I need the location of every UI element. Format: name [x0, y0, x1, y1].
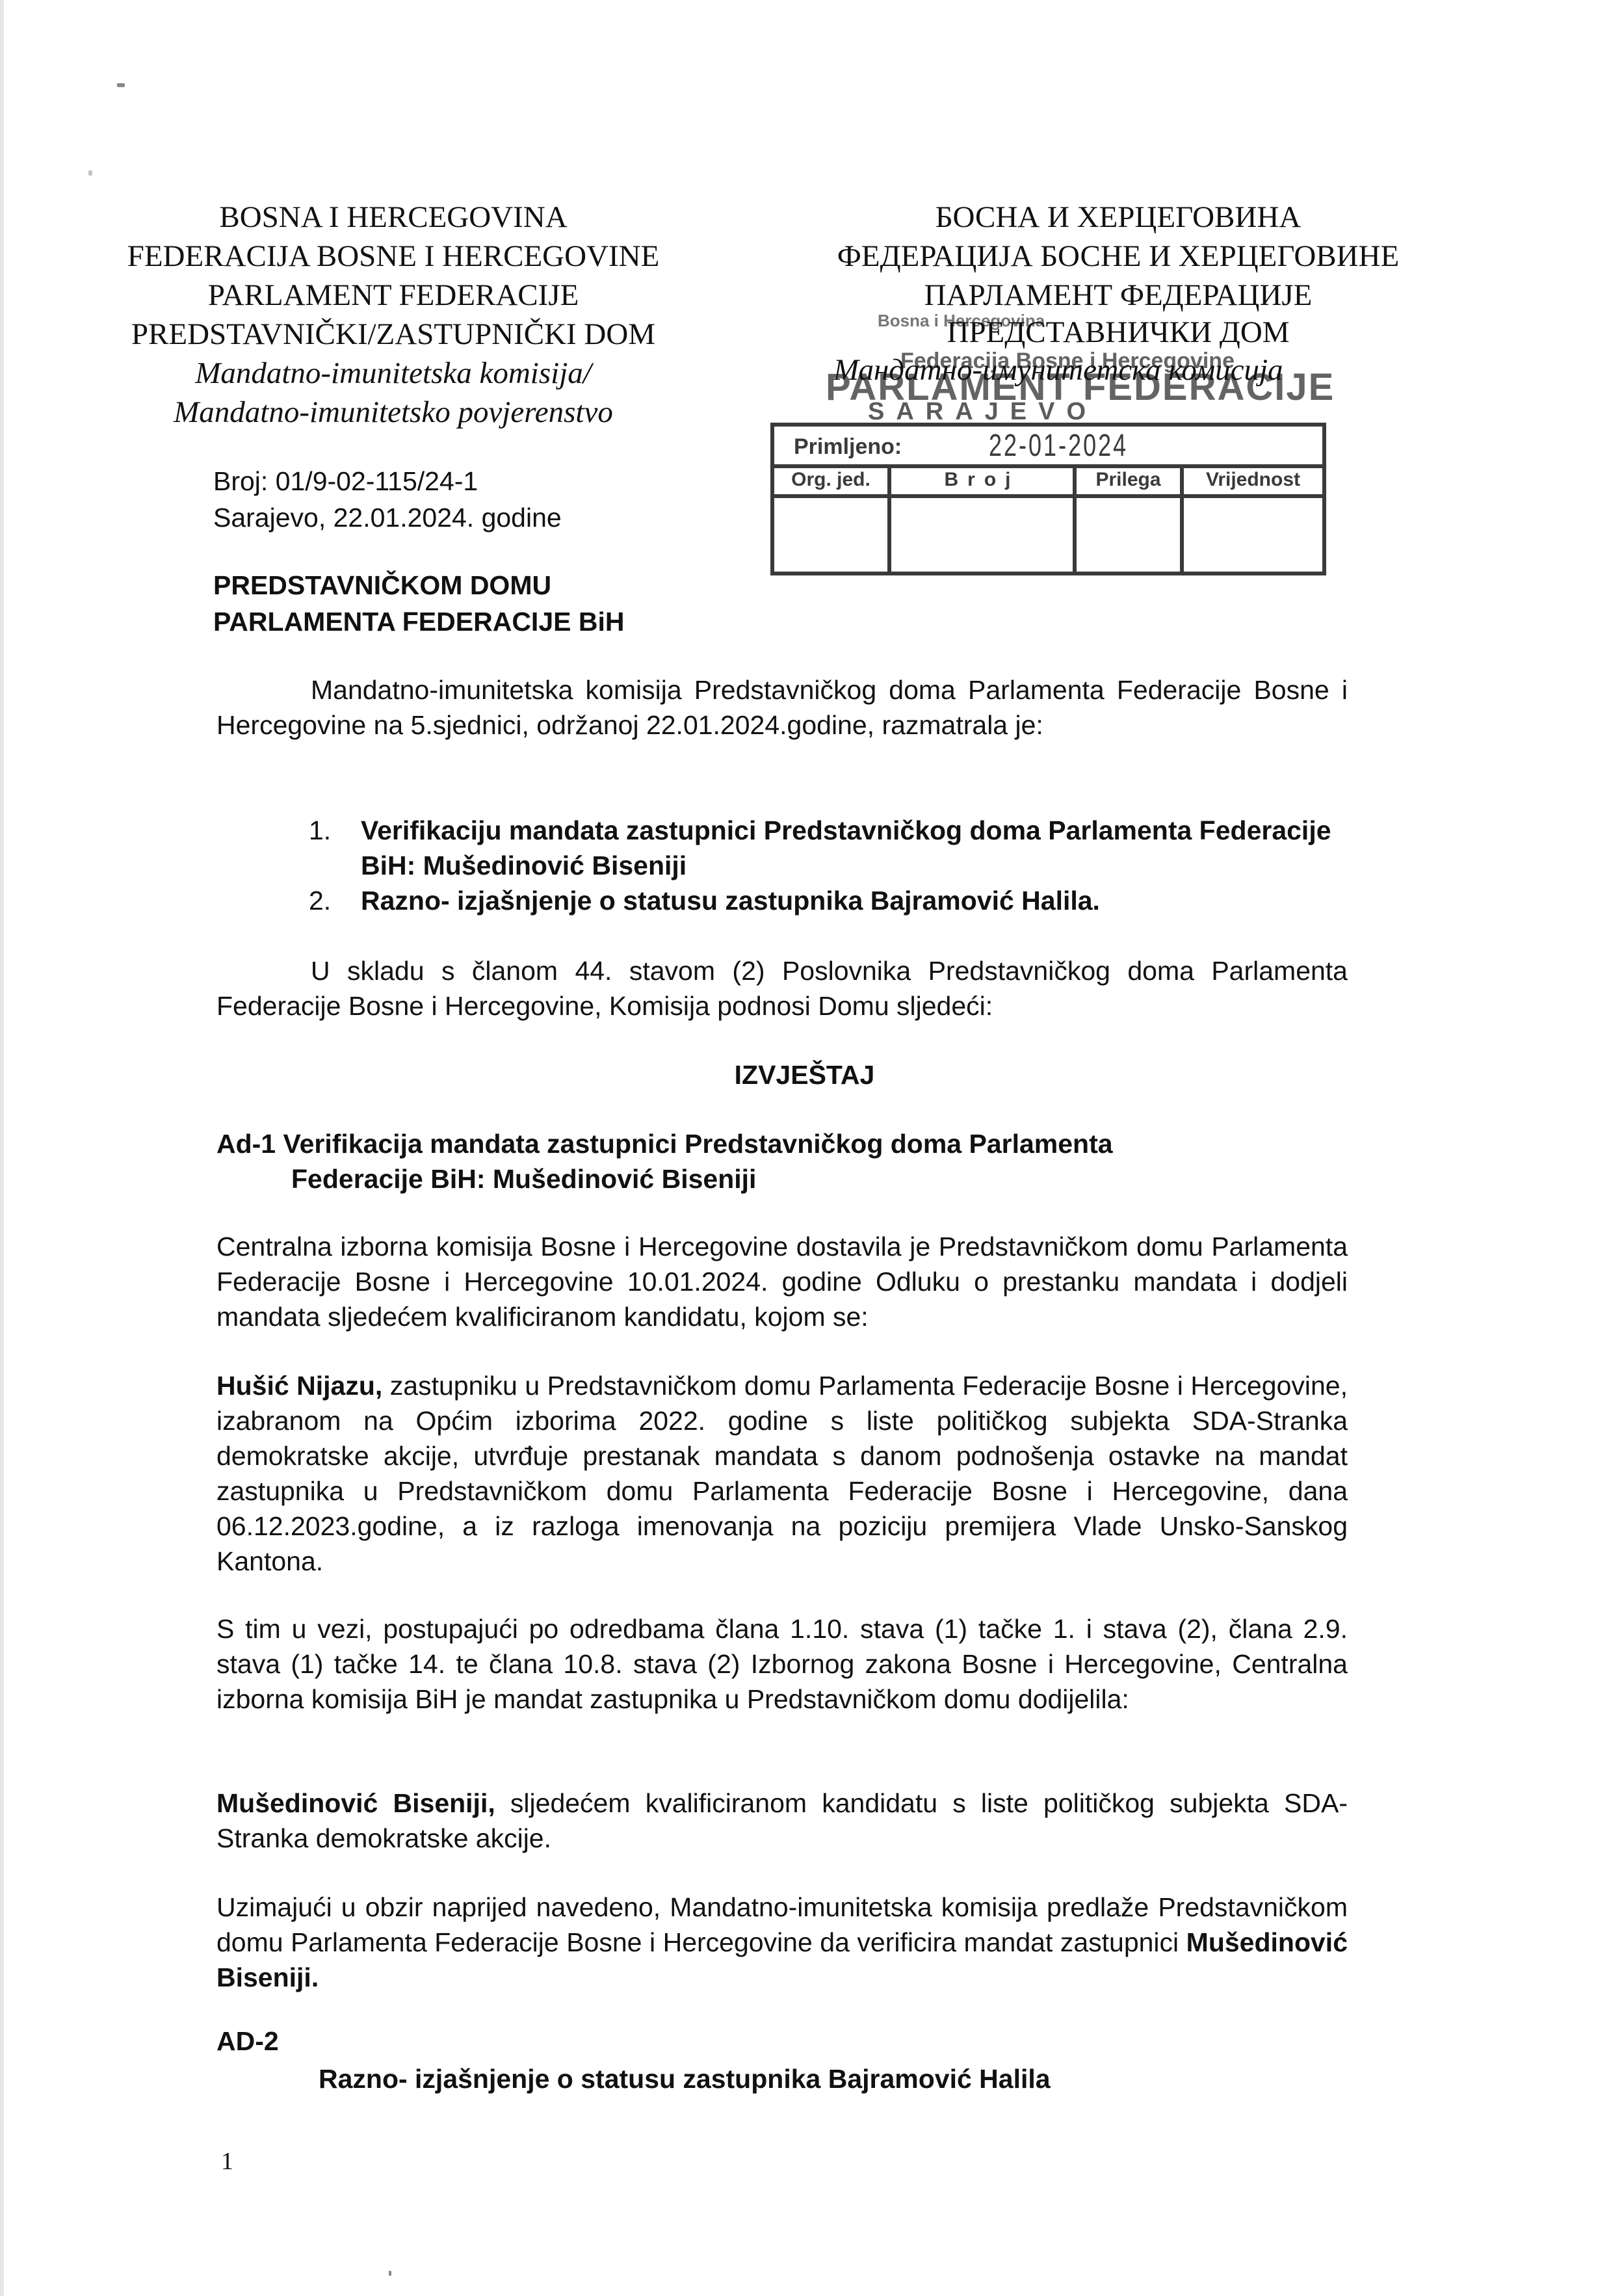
ad1-paragraph-text: zastupniku u Predstavničkom domu Parlame…: [216, 1371, 1348, 1576]
ad1-paragraph: S tim u vezi, postupajući po odredbama č…: [216, 1611, 1348, 1717]
agenda-item: 1. Verifikaciju mandata zastupnici Preds…: [309, 813, 1349, 883]
scan-speck: [389, 2271, 391, 2276]
basis-paragraph: U skladu s članom 44. stavom (2) Poslovn…: [216, 953, 1348, 1023]
stamp-column: Vrijednost: [1184, 464, 1322, 572]
document-meta: Broj: 01/9-02-115/24-1 Sarajevo, 22.01.2…: [213, 463, 562, 536]
ad1-paragraph: Mušedinović Biseniji, sljedećem kvalific…: [216, 1786, 1348, 1856]
stamp-column-header: Broj: [891, 464, 1073, 498]
header-latin-line: PARLAMENT FEDERACIJE: [98, 276, 689, 315]
agenda-text: Razno- izjašnjenje o statusu zastupnika …: [361, 883, 1100, 918]
agenda-item: 2. Razno- izjašnjenje o statusu zastupni…: [309, 883, 1349, 918]
addressee: PREDSTAVNIČKOM DOMU PARLAMENTA FEDERACIJ…: [213, 567, 624, 640]
stamp-received-label: Primljeno:: [794, 434, 902, 460]
scan-speck: [117, 83, 125, 87]
header-latin-commission: Mandatno-imunitetska komisija/: [98, 354, 689, 393]
ad1-paragraph: Centralna izborna komisija Bosne i Herce…: [216, 1229, 1348, 1334]
header-cyrillic-commission: Мандатно-имунитетска комисија: [833, 352, 1283, 388]
ad1-paragraph-text: Uzimajući u obzir naprijed navedeno, Man…: [216, 1892, 1348, 1957]
stamp-city: SARAJEVO: [868, 398, 1097, 426]
scan-edge: [0, 0, 4, 2296]
header-cyrillic-line: ФЕДЕРАЦИЈА БОСНЕ И ХЕРЦЕГОВИНЕ: [767, 237, 1469, 276]
header-cyrillic-line: ПРЕДСТАВНИЧКИ ДОМ: [767, 315, 1469, 350]
ad1-paragraph: Hušić Nijazu, zastupniku u Predstavničko…: [216, 1368, 1348, 1579]
header-cyrillic-line: БОСНА И ХЕРЦЕГОВИНА: [767, 198, 1469, 237]
ad1-heading: Ad-1 Verifikacija mandata zastupnici Pre…: [216, 1126, 1113, 1196]
stamp-received-row: Primljeno: 22-01-2024: [774, 427, 1322, 468]
ad1-paragraph: Uzimajući u obzir naprijed navedeno, Man…: [216, 1890, 1348, 1995]
ad2-label: AD-2: [216, 2024, 279, 2059]
header-latin-commission: Mandatno-imunitetsko povjerenstvo: [98, 393, 689, 432]
ad2-heading: Razno- izjašnjenje o statusu zastupnika …: [319, 2061, 1051, 2096]
ad1-heading-line: Ad-1 Verifikacija mandata zastupnici Pre…: [216, 1126, 1113, 1161]
agenda-list: 1. Verifikaciju mandata zastupnici Preds…: [309, 813, 1349, 918]
document-place-date: Sarajevo, 22.01.2024. godine: [213, 499, 562, 536]
stamp-column-header: Org. jed.: [774, 464, 887, 498]
stamp-column: Prilega: [1077, 464, 1184, 572]
header-latin-line: BOSNA I HERCEGOVINA: [98, 198, 689, 237]
stamp-column: Org. jed.: [774, 464, 891, 572]
page-number: 1: [221, 2147, 233, 2176]
stamp-column: Broj: [891, 464, 1077, 572]
header-latin-line: PREDSTAVNIČKI/ZASTUPNIČKI DOM: [98, 315, 689, 354]
scan-speck: [88, 170, 92, 176]
received-stamp: Primljeno: 22-01-2024 Org. jed. Broj Pri…: [770, 423, 1326, 575]
report-title: IZVJEŠTAJ: [0, 1057, 1609, 1092]
document-number: Broj: 01/9-02-115/24-1: [213, 463, 562, 499]
addressee-line: PREDSTAVNIČKOM DOMU: [213, 567, 624, 603]
agenda-text: Verifikaciju mandata zastupnici Predstav…: [361, 813, 1349, 883]
addressee-line: PARLAMENTA FEDERACIJE BiH: [213, 603, 624, 640]
header-latin-line: FEDERACIJA BOSNE I HERCEGOVINE: [98, 237, 689, 276]
stamp-column-header: Prilega: [1077, 464, 1180, 498]
agenda-number: 2.: [309, 883, 361, 918]
former-member-name: Hušić Nijazu,: [216, 1371, 382, 1401]
header-cyrillic: БОСНА И ХЕРЦЕГОВИНА ФЕДЕРАЦИЈА БОСНЕ И Х…: [767, 198, 1469, 315]
stamp-received-date: 22-01-2024: [989, 428, 1128, 464]
stamp-column-header: Vrijednost: [1184, 464, 1322, 498]
intro-paragraph: Mandatno-imunitetska komisija Predstavni…: [216, 672, 1348, 743]
header-cyrillic-line: ПАРЛАМЕНТ ФЕДЕРАЦИЈЕ: [767, 276, 1469, 315]
ad1-heading-line: Federacije BiH: Mušedinović Biseniji: [216, 1161, 1113, 1196]
agenda-number: 1.: [309, 813, 361, 883]
stamp-grid: Org. jed. Broj Prilega Vrijednost: [774, 464, 1322, 572]
header-latin: BOSNA I HERCEGOVINA FEDERACIJA BOSNE I H…: [98, 198, 689, 432]
new-member-name: Mušedinović Biseniji,: [216, 1788, 495, 1818]
